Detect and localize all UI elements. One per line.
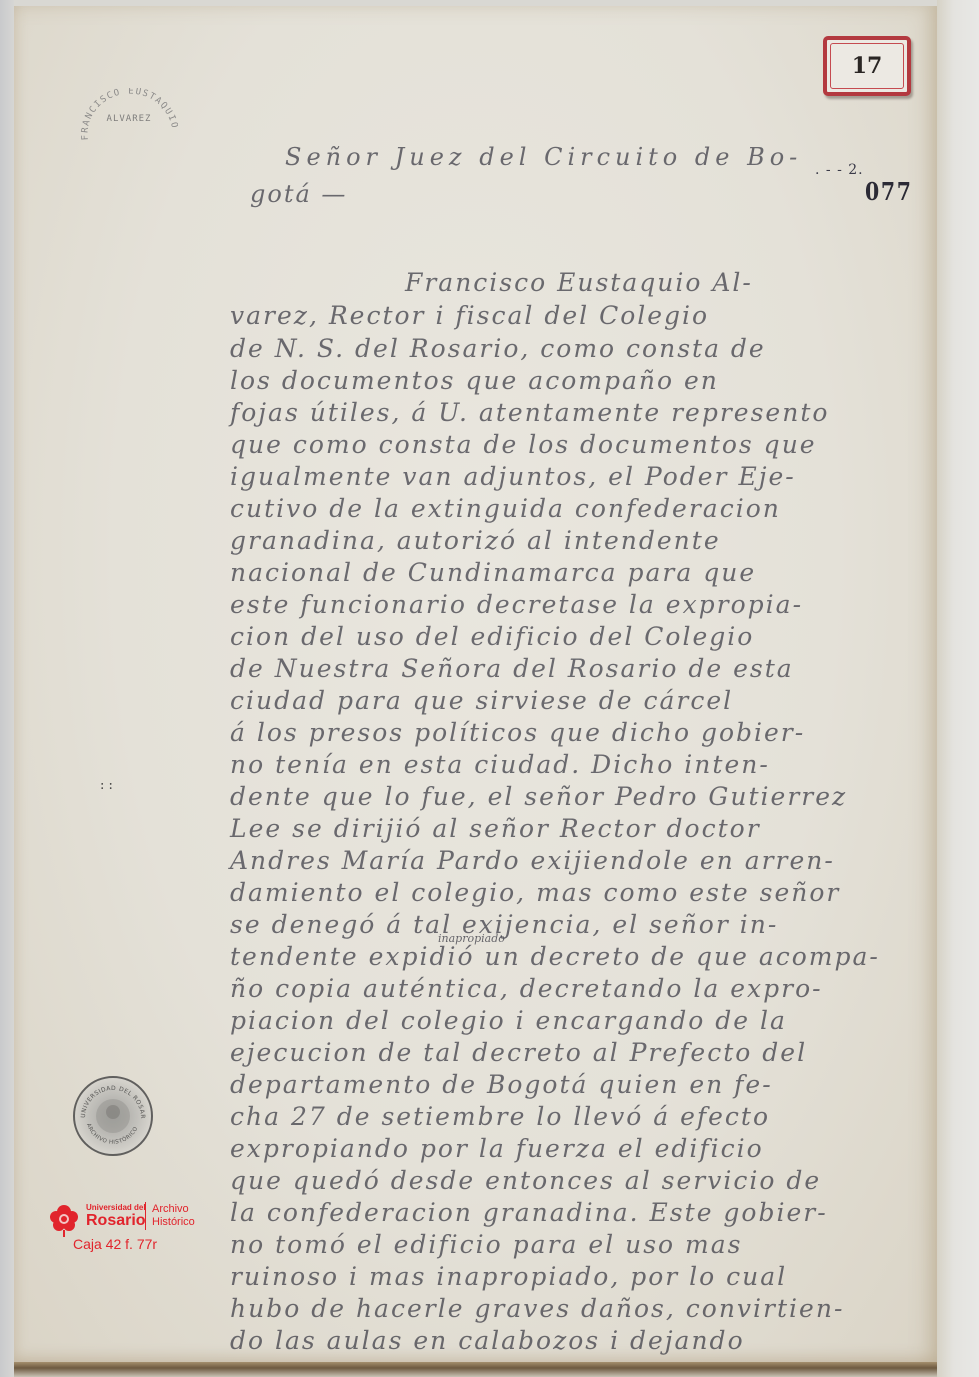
archive-logo: Universidad del Rosario Archivo Históric… (44, 1196, 209, 1260)
logo-rosario-text: Rosario (86, 1212, 146, 1230)
folio-number: 17 (830, 43, 904, 89)
logo-separator (145, 1202, 146, 1230)
scanner-bed-left (0, 0, 14, 1377)
stamp-marks: . - - 2. (815, 162, 864, 178)
logo-archive-line1: Archivo (152, 1203, 195, 1216)
owner-stamp: FRANCISCO EUSTAQUIO ALVAREZ (80, 88, 178, 150)
manuscript-page (14, 6, 937, 1368)
seal-emblem-icon: UNIVERSIDAD DEL ROSARIO ARCHIVO HISTÓRIC… (75, 1078, 151, 1154)
interlinear-insert: inapropiado (438, 932, 505, 945)
logo-university-text: Universidad del (86, 1203, 146, 1212)
box-folio-reference: Caja 42 f. 77r (73, 1236, 157, 1252)
page-bottom-edge (14, 1362, 937, 1377)
scanner-bed-right (937, 0, 979, 1377)
logo-archive-line2: Histórico (152, 1216, 195, 1229)
rose-emblem-icon (44, 1198, 84, 1238)
owner-stamp-center: ALVAREZ (80, 114, 178, 124)
logo-archive-text: Archivo Histórico (152, 1203, 195, 1229)
stamp-number: 077 (865, 177, 913, 206)
margin-marks: : : (100, 780, 113, 792)
archive-seal: UNIVERSIDAD DEL ROSARIO ARCHIVO HISTÓRIC… (73, 1076, 153, 1156)
folio-label: 17 (823, 36, 911, 96)
